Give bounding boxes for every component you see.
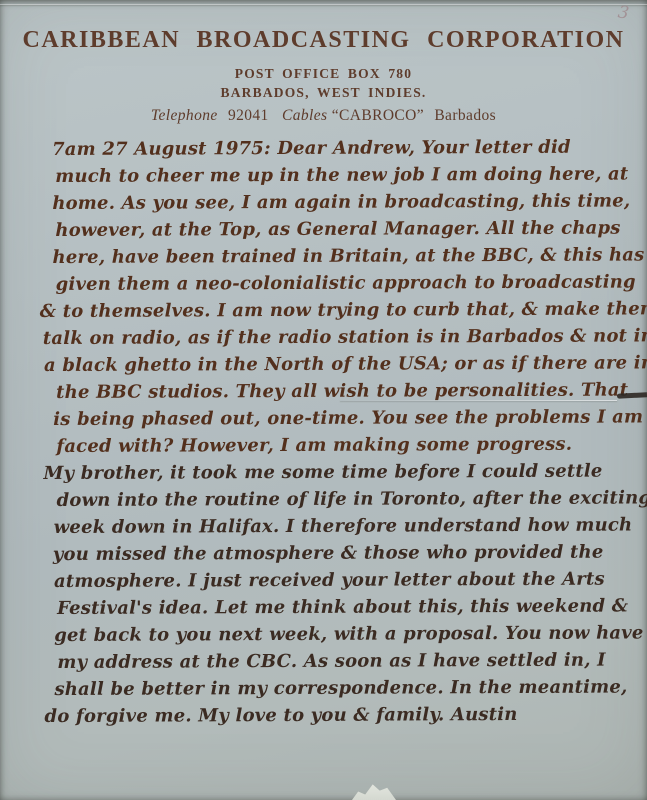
- handwritten-line: much to cheer me up in the new job I am …: [55, 160, 630, 190]
- handwritten-line: faced with? However, I am making some pr…: [56, 430, 631, 460]
- handwritten-line: here, have been trained in Britain, at t…: [52, 241, 627, 271]
- letter-paper: 3 CARIBBEAN BROADCASTING CORPORATION POS…: [0, 0, 647, 800]
- letterhead: CARIBBEAN BROADCASTING CORPORATION POST …: [0, 27, 647, 125]
- fold-crease: [340, 400, 617, 401]
- paper-tear-chip: [352, 783, 396, 800]
- handwritten-line: is being phased out, one-time. You see t…: [53, 403, 628, 433]
- handwritten-line: My brother, it took me some time before …: [43, 457, 628, 487]
- handwritten-line: get back to you next week, with a propos…: [54, 619, 629, 649]
- handwritten-line: a black ghetto in the North of the USA; …: [44, 349, 628, 379]
- po-box-line: POST OFFICE BOX 780: [0, 66, 647, 82]
- handwritten-line: 7am 27 August 1975: Dear Andrew, Your le…: [52, 133, 627, 163]
- handwritten-line: shall be better in my correspondence. In…: [54, 673, 629, 703]
- cables-label: Cables: [282, 107, 327, 125]
- edge-tear-mark: [617, 392, 647, 399]
- handwritten-line: Festival's idea. Let me think about this…: [57, 592, 632, 622]
- letter-photo: 3 CARIBBEAN BROADCASTING CORPORATION POS…: [0, 0, 647, 800]
- handwritten-line: talk on radio, as if the radio station i…: [43, 322, 631, 352]
- handwritten-line: you missed the atmosphere & those who pr…: [53, 538, 632, 568]
- handwritten-line: home. As you see, I am again in broadcas…: [52, 187, 627, 217]
- contact-line: Telephone 92041 Cables “CABROCO” Barbado…: [0, 107, 647, 125]
- handwritten-line: & to themselves. I am now trying to curb…: [40, 295, 628, 325]
- cables-value: “CABROCO”: [332, 107, 424, 125]
- page-number-annotation: 3: [617, 2, 631, 23]
- handwritten-line: down into the routine of life in Toronto…: [57, 484, 632, 514]
- telephone-label: Telephone: [151, 107, 218, 125]
- telephone-number: 92041: [228, 107, 269, 125]
- handwritten-line: do forgive me. My love to you & family. …: [44, 700, 632, 730]
- cables-location: Barbados: [434, 107, 496, 125]
- handwritten-line: the BBC studios. They all wish to be per…: [56, 376, 631, 406]
- handwritten-line: atmosphere. I just received your letter …: [54, 565, 629, 595]
- letter-body: 7am 27 August 1975: Dear Andrew, Your le…: [52, 133, 630, 730]
- address-line: BARBADOS, WEST INDIES.: [0, 85, 647, 101]
- handwritten-line: however, at the Top, as General Manager.…: [55, 214, 630, 244]
- handwritten-line: week down in Halifax. I therefore unders…: [54, 511, 629, 541]
- organization-name: CARIBBEAN BROADCASTING CORPORATION: [0, 27, 647, 54]
- handwritten-line: my address at the CBC. As soon as I have…: [57, 646, 632, 676]
- handwritten-line: given them a neo-colonialistic approach …: [56, 268, 631, 298]
